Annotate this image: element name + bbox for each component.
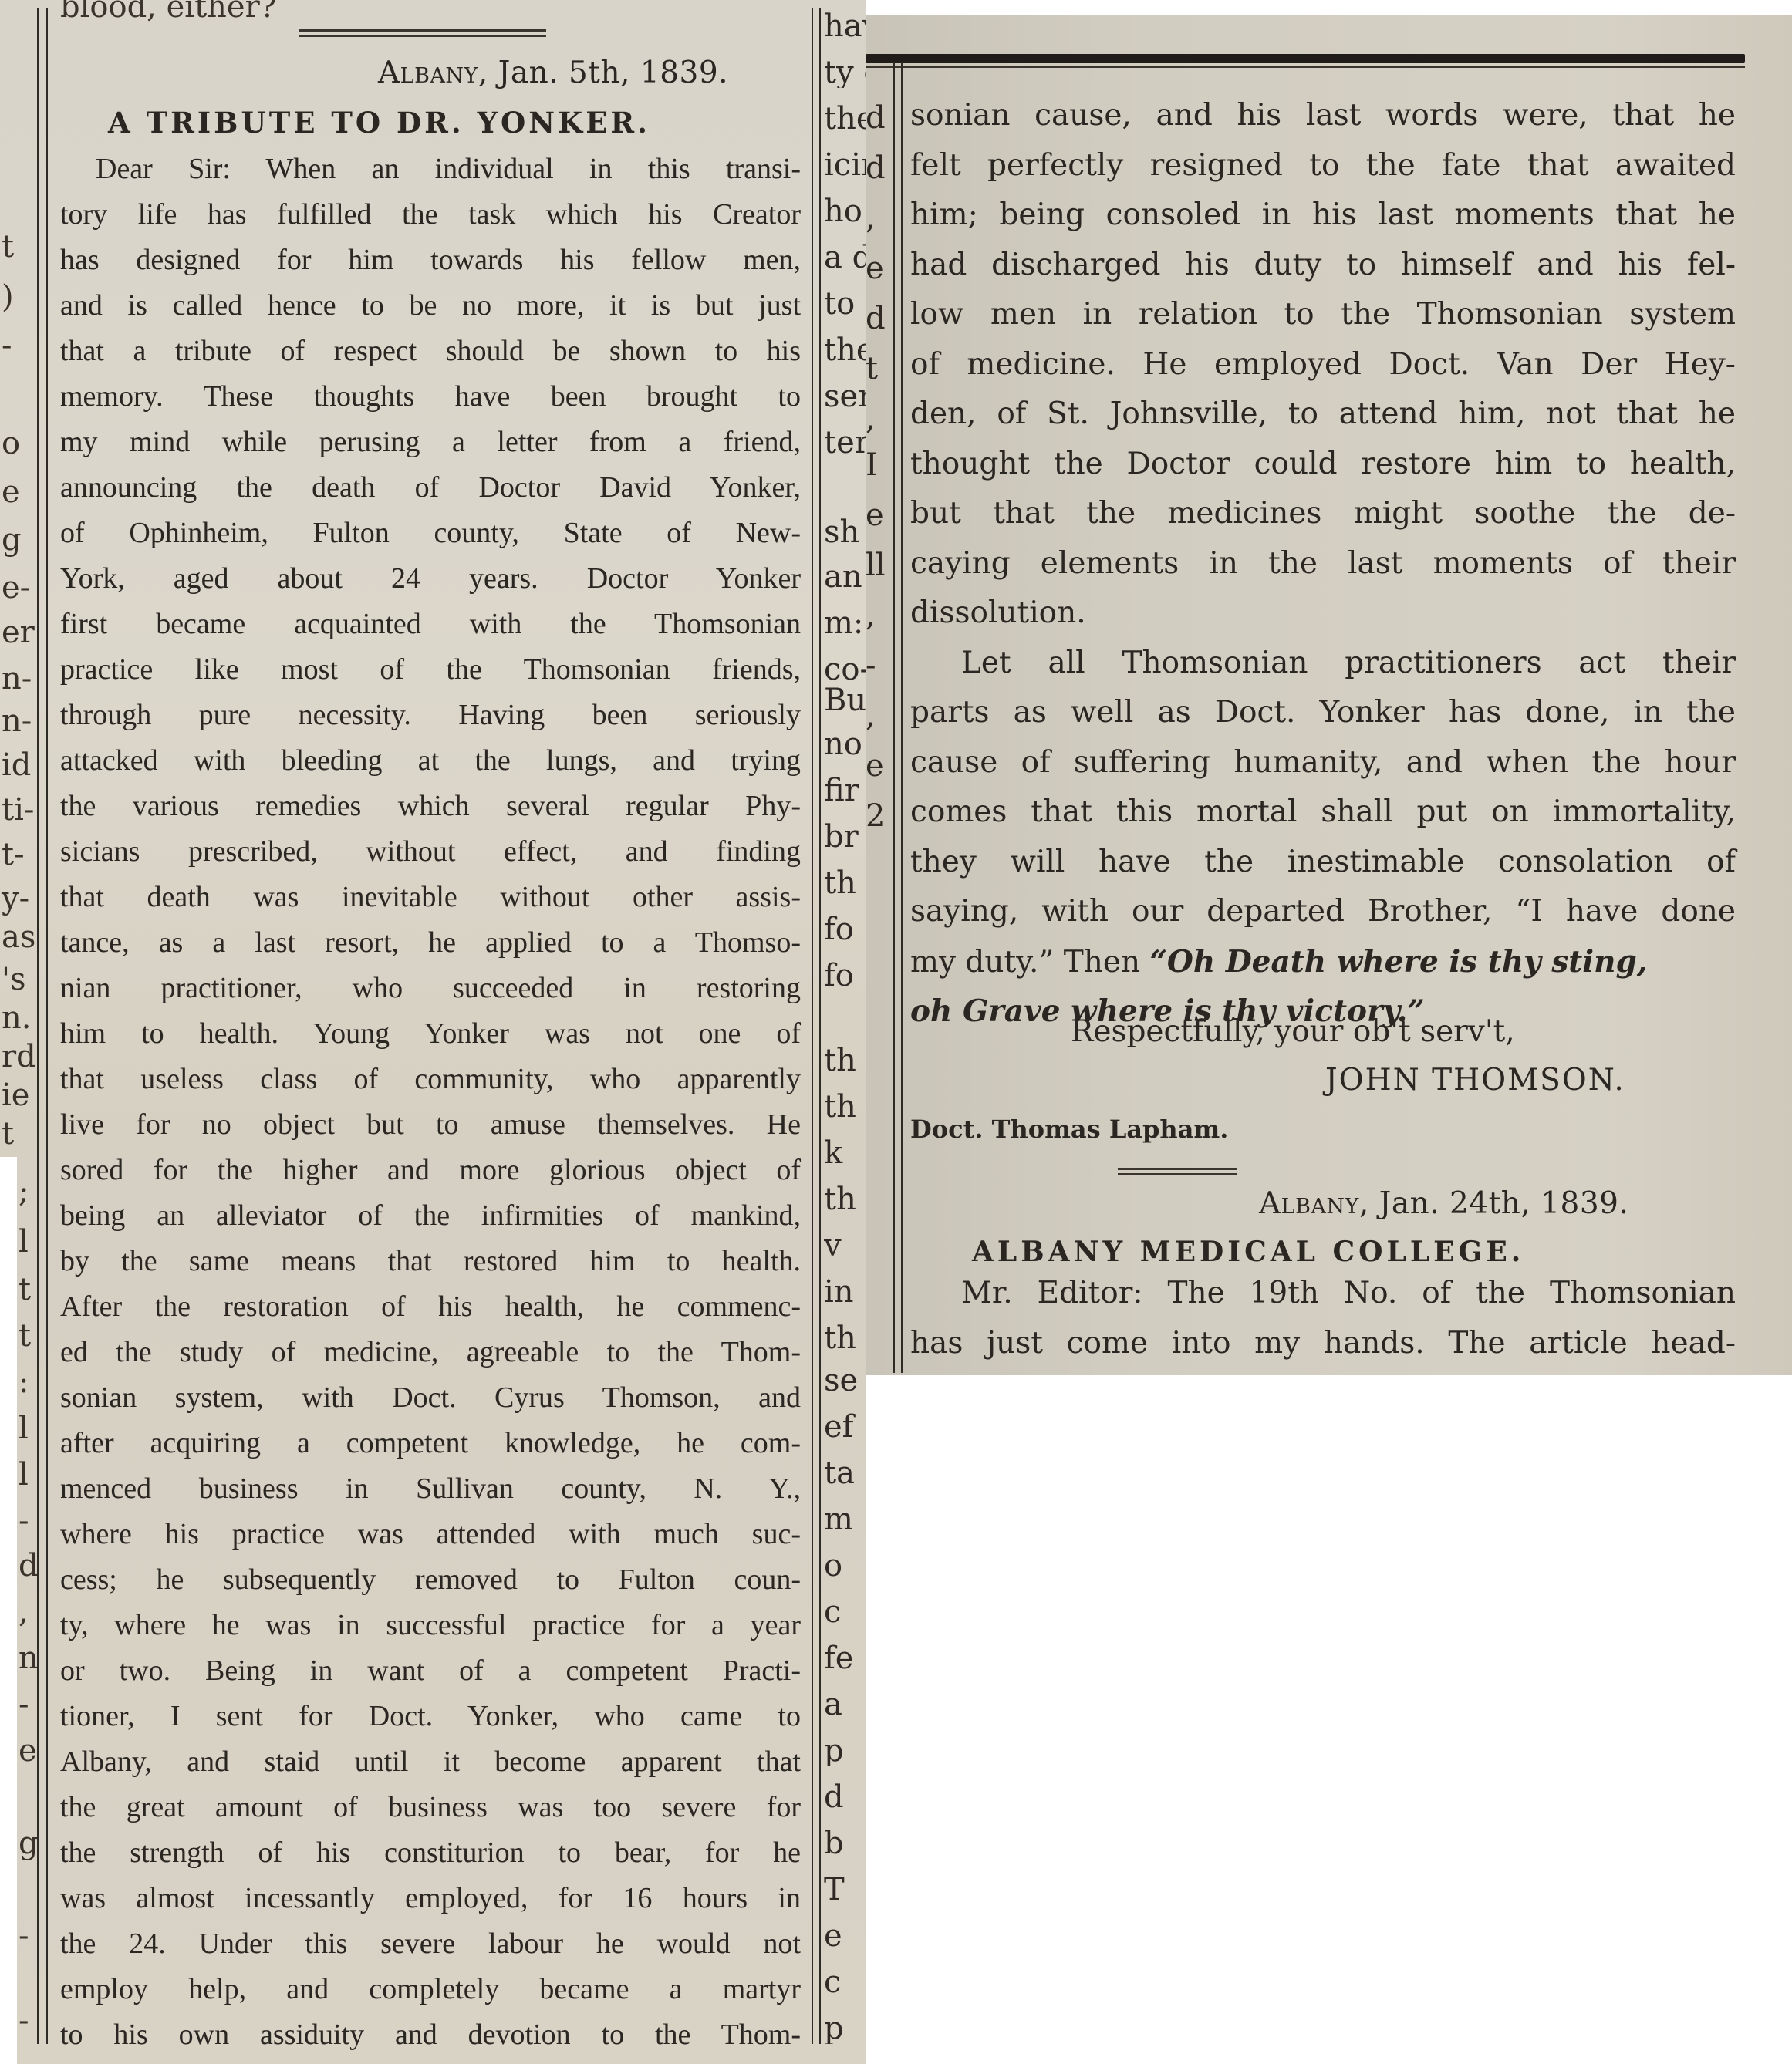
edge-fragment: ti-	[2, 794, 34, 825]
column-fragment: fo	[824, 960, 866, 991]
text-line: has just come into my hands. The article…	[910, 1319, 1736, 1369]
text-line: ed the study of medicine, agreeable to t…	[60, 1330, 801, 1375]
column-fragment: th	[824, 1323, 866, 1354]
edge-fragment: 2	[866, 798, 885, 834]
column-fragment: se	[824, 1365, 866, 1396]
column-fragment: th	[824, 1091, 866, 1122]
edge-fragment: t	[866, 351, 878, 386]
edge-fragment: d	[866, 150, 886, 186]
text-line: Mr. Editor: The 19th No. of the Thomsoni…	[910, 1269, 1736, 1319]
article-body-right: sonian cause, and his last words were, t…	[910, 91, 1736, 1037]
column-fragment: ho	[824, 196, 866, 227]
dateline: Albany, Jan. 5th, 1839.	[378, 56, 728, 90]
column-rule-right-outer	[812, 8, 813, 2044]
edge-fragment: t	[19, 1274, 31, 1305]
column-rule-left-inner	[46, 8, 48, 2044]
edge-fragment: e	[866, 251, 884, 286]
text-line: of Ophinheim, Fulton county, State of Ne…	[60, 511, 801, 556]
text-line: attacked with bleeding at the lungs, and…	[60, 738, 801, 784]
text-line: tory life has fulfilled the task which h…	[60, 192, 801, 238]
edge-fragment: ,	[19, 1597, 29, 1627]
text-line: has designed for him towards his fellow …	[60, 238, 801, 283]
edge-fragment: t	[2, 231, 14, 262]
text-line: of medicine. He employed Doct. Van Der H…	[910, 340, 1736, 390]
edge-fragment: l	[19, 1459, 29, 1490]
closing-salutation: Respectfully, your ob't serv't,	[1071, 1014, 1515, 1049]
edge-fragment: I	[866, 447, 878, 483]
text-line: that useless class of community, who app…	[60, 1057, 801, 1102]
text-line: cause of suffering humanity, and when th…	[910, 738, 1736, 788]
text-line: employ help, and completely became a mar…	[60, 1967, 801, 2012]
edge-fragment: -	[19, 1689, 29, 1720]
edge-fragment: d	[19, 1550, 39, 1581]
edge-fragment: :	[19, 1367, 29, 1398]
edge-fragment: rd	[2, 1041, 36, 1072]
edge-fragment: ll	[866, 548, 886, 583]
text-line: tioner, I sent for Doct. Yonker, who cam…	[60, 1694, 801, 1739]
text-line: him; being consoled in his last moments …	[910, 191, 1736, 241]
text-line: the various remedies which several regul…	[60, 784, 801, 829]
left-edge-fragments: t ) - o e g e- er n- n- id ti- t- y- as …	[2, 0, 28, 2064]
edge-fragment: g	[2, 524, 22, 555]
column-fragment: no	[824, 729, 866, 760]
column-fragment: a	[824, 1689, 866, 1720]
edge-fragment: n-	[2, 706, 32, 737]
edge-fragment: n-	[2, 663, 32, 694]
text-line: live for no object but to amuse themselv…	[60, 1102, 801, 1148]
edge-fragment: g	[19, 1828, 39, 1859]
text-line: and is called hence to be no more, it is…	[60, 283, 801, 329]
column-fragment: p	[824, 2013, 866, 2044]
text-line-with-quote: my duty.” Then “Oh Death where is thy st…	[910, 937, 1736, 987]
column-fragment: ser	[824, 381, 866, 412]
text-line: but that the medicines might soothe the …	[910, 489, 1736, 539]
column-fragment: ty c	[824, 57, 866, 88]
column-fragment: p	[824, 1735, 866, 1766]
signature: JOHN THOMSON.	[1325, 1063, 1625, 1098]
section-divider-rule	[1118, 1168, 1237, 1175]
column-fragment: Bu	[824, 685, 866, 716]
text-line: the strength of his constiturion to bear…	[60, 1830, 801, 1876]
second-article-heading: ALBANY MEDICAL COLLEGE.	[972, 1236, 1524, 1268]
edge-fragment: t	[19, 1320, 31, 1351]
edge-fragment: t-	[2, 839, 25, 870]
top-thick-rule	[866, 54, 1745, 63]
text-line: ty, where he was in successful practice …	[60, 1603, 801, 1648]
left-page-panel: t ) - o e g e- er n- n- id ti- t- y- as …	[0, 0, 866, 2064]
text-line: practice like most of the Thomsonian fri…	[60, 647, 801, 693]
column-fragment: an	[824, 562, 866, 592]
column-rule-left-outer	[37, 8, 39, 2044]
column-fragment: co-	[824, 654, 866, 685]
column-fragment: th	[824, 1045, 866, 1076]
column-fragment: th	[824, 868, 866, 899]
text-line: parts as well as Doct. Yonker has done, …	[910, 688, 1736, 738]
edge-fragment: l	[19, 1226, 29, 1257]
column-fragment: the	[824, 103, 866, 134]
column-fragment: ter	[824, 427, 866, 458]
column-fragment: c	[824, 1967, 866, 1998]
edge-fragment: e	[866, 748, 884, 784]
edge-fragment: ie	[2, 1080, 29, 1111]
column-rule-inner	[901, 62, 903, 1373]
addressee: Doct. Thomas Lapham.	[910, 1115, 1228, 1144]
edge-fragment: id	[2, 750, 31, 781]
edge-fragment: as	[2, 922, 35, 953]
dateline-place: Albany	[1259, 1186, 1359, 1221]
edge-fragment: -	[19, 1921, 29, 1951]
column-fragment: c	[824, 1597, 866, 1627]
column-fragment: a de	[824, 242, 866, 273]
right-page-panel: d d , e d t , I e ll , - , e 2 sonian ca…	[866, 15, 1792, 1375]
edge-fragment: t	[2, 1118, 14, 1149]
text-line: York, aged about 24 years. Doctor Yonker	[60, 556, 801, 602]
text-line: him to health. Young Yonker was not one …	[60, 1011, 801, 1057]
column-fragment: br	[824, 821, 866, 852]
column-fragment: v	[824, 1230, 866, 1261]
text-line: Albany, and staid until it become appare…	[60, 1739, 801, 1785]
article-heading: A TRIBUTE TO DR. YONKER.	[108, 106, 650, 140]
column-fragment: to	[824, 288, 866, 319]
text-line: the great amount of business was too sev…	[60, 1785, 801, 1830]
text-line: sored for the higher and more glorious o…	[60, 1148, 801, 1193]
column-fragment: fe	[824, 1643, 866, 1674]
column-fragment: the	[824, 335, 866, 366]
column-fragment: T	[824, 1874, 866, 1905]
text-line: sicians prescribed, without effect, and …	[60, 829, 801, 875]
column-fragment: ta	[824, 1458, 866, 1489]
text-line: caying elements in the last moments of t…	[910, 539, 1736, 589]
edge-fragment: l	[19, 1413, 29, 1444]
edge-fragment: n	[19, 1643, 39, 1674]
text-line: sonian system, with Doct. Cyrus Thomson,…	[60, 1375, 801, 1421]
column-fragment: th	[824, 1184, 866, 1215]
edge-fragment: d	[866, 301, 886, 336]
text-line: announcing the death of Doctor David Yon…	[60, 465, 801, 511]
edge-fragment: -	[2, 330, 12, 361]
column-fragment: m	[824, 1504, 866, 1535]
text-line: sonian cause, and his last words were, t…	[910, 91, 1736, 141]
text-line: cess; he subsequently removed to Fulton …	[60, 1557, 801, 1603]
text-line: my mind while perusing a letter from a f…	[60, 420, 801, 465]
top-thin-rule	[866, 66, 1745, 68]
text-line: the 24. Under this severe labour he woul…	[60, 1921, 801, 1967]
second-article-body: Mr. Editor: The 19th No. of the Thomsoni…	[910, 1269, 1736, 1368]
text-line: Let all Thomsonian practitioners act the…	[910, 639, 1736, 689]
column-fragment: b	[824, 1828, 866, 1859]
text-line: memory. These thoughts have been brought…	[60, 374, 801, 420]
text-line: through pure necessity. Having been seri…	[60, 693, 801, 738]
text-line: or two. Being in want of a competent Pra…	[60, 1648, 801, 1694]
edge-fragment: -	[866, 648, 876, 683]
column-fragment: icin	[824, 150, 866, 180]
text-line: dissolution.	[910, 589, 1736, 639]
text-line: by the same means that restored him to h…	[60, 1239, 801, 1284]
dateline-date: Jan. 24th, 1839.	[1379, 1186, 1629, 1221]
edge-fragment: 's	[2, 964, 26, 995]
column-fragment: e	[824, 1921, 866, 1951]
text-line: was almost incessantly employed, for 16 …	[60, 1876, 801, 1921]
edge-fragment: e	[19, 1735, 37, 1766]
column-fragment: fo	[824, 914, 866, 945]
text-line: low men in relation to the Thomsonian sy…	[910, 290, 1736, 340]
text-line: nian practitioner, who succeeded in rest…	[60, 966, 801, 1011]
text-line: saying, with our departed Brother, “I ha…	[910, 887, 1736, 937]
text-line: Dear Sir: When an individual in this tra…	[60, 147, 801, 192]
edge-fragment: ,	[866, 598, 876, 633]
dateline-place: Albany	[378, 56, 478, 90]
italic-quote: “Oh Death where is thy sting,	[1150, 944, 1648, 980]
text-line: After the restoration of his health, he …	[60, 1284, 801, 1330]
edge-fragment: ,	[866, 201, 876, 236]
column-rule-outer	[893, 62, 895, 1373]
column-fragment: ef	[824, 1411, 866, 1442]
text-line: that a tribute of respect should be show…	[60, 329, 801, 374]
edge-fragment: d	[866, 100, 886, 136]
column-fragment: k	[824, 1138, 866, 1169]
edge-fragment: e	[2, 477, 20, 508]
text-line: they will have the inestimable consolati…	[910, 838, 1736, 888]
text-line: comes that this mortal shall put on immo…	[910, 787, 1736, 838]
edge-fragment: ,	[866, 401, 876, 437]
edge-fragment: )	[2, 282, 14, 312]
dateline-comma: ,	[478, 56, 498, 90]
adjacent-column-fragments: hav ty c the icin ho a de to the ser ter…	[821, 0, 866, 2064]
text-line: where his practice was attended with muc…	[60, 1512, 801, 1557]
column-fragment: fir	[824, 775, 866, 806]
edge-fragment: e-	[2, 572, 30, 603]
edge-fragment: -	[19, 1506, 29, 1536]
text-line: after acquiring a competent knowledge, h…	[60, 1421, 801, 1466]
edge-fragment: e	[866, 497, 884, 533]
article-body-left: Dear Sir: When an individual in this tra…	[60, 147, 801, 2058]
text-line: to his own assiduity and devotion to the…	[60, 2012, 801, 2058]
edge-fragment: ;	[19, 1176, 29, 1207]
text-line: menced business in Sullivan county, N. Y…	[60, 1466, 801, 1512]
text-line: had discharged his duty to himself and h…	[910, 241, 1736, 291]
edge-fragment: n.	[2, 1003, 31, 1034]
text-line: tance, as a last resort, he applied to a…	[60, 920, 801, 966]
edge-fragment: er	[2, 617, 35, 648]
column-fragment: d	[824, 1782, 866, 1813]
text-line: felt perfectly resigned to the fate that…	[910, 141, 1736, 191]
column-fragment: hav	[824, 11, 866, 42]
text-line: that death was inevitable without other …	[60, 875, 801, 920]
section-divider-rule	[299, 29, 546, 37]
text-line: den, of St. Johnsville, to attend him, n…	[910, 390, 1736, 440]
text-line: first became acquainted with the Thomson…	[60, 602, 801, 647]
edge-fragment: ,	[866, 698, 876, 734]
dateline-comma: ,	[1359, 1186, 1379, 1221]
edge-fragment: -	[19, 2005, 29, 2036]
cut-off-text-top: blood, either?	[60, 0, 276, 25]
column-fragment: m:	[824, 608, 866, 639]
text-line: thought the Doctor could restore him to …	[910, 440, 1736, 490]
text-line: being an alleviator of the infirmities o…	[60, 1193, 801, 1239]
dateline-date: Jan. 5th, 1839.	[498, 56, 728, 90]
edge-fragment: y-	[2, 883, 29, 914]
column-fragment: in	[824, 1277, 866, 1307]
dateline-second: Albany, Jan. 24th, 1839.	[1259, 1186, 1628, 1221]
column-fragment: o	[824, 1550, 866, 1581]
text-segment: my duty.” Then	[910, 945, 1140, 980]
column-fragment: sh	[824, 517, 866, 548]
edge-fragment: o	[2, 428, 20, 459]
